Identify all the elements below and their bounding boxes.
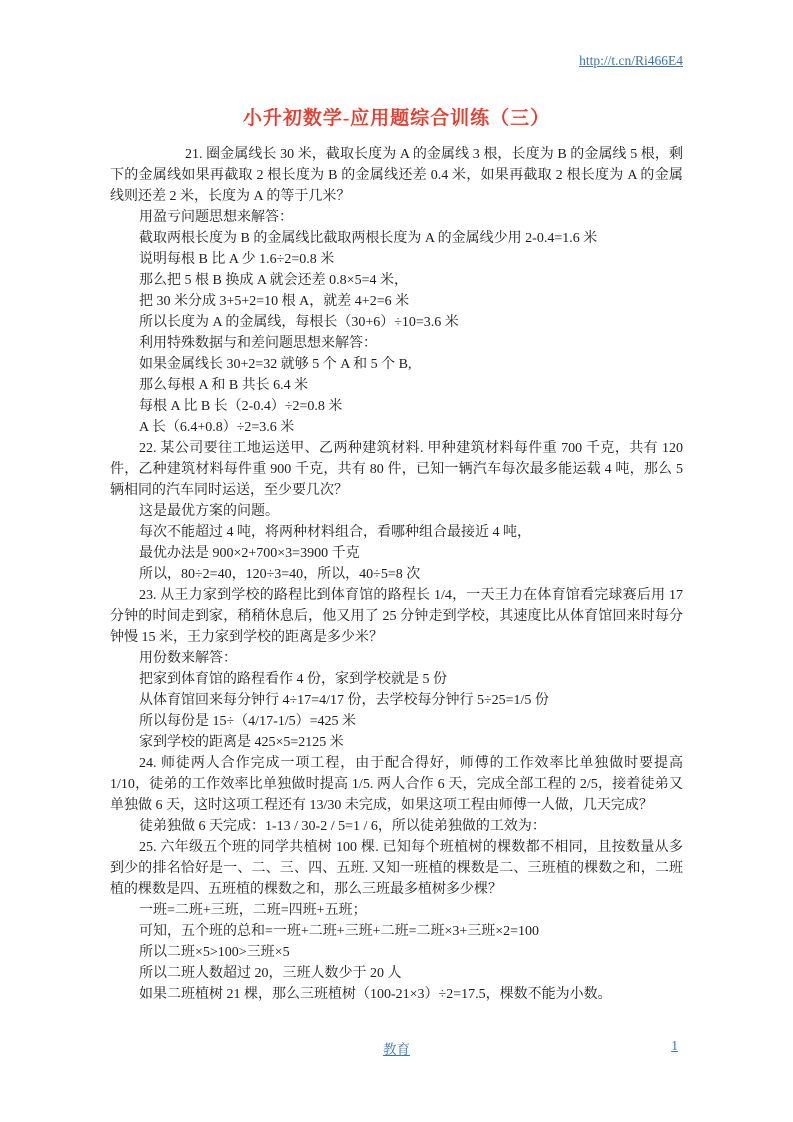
problem-22: 22. 某公司要往工地运送甲、乙两种建筑材料. 甲种建筑材料每件重 700 千克… (110, 438, 683, 585)
problem-21-question: 21. 圈金属线长 30 米，截取长度为 A 的金属线 3 根，长度为 B 的金… (110, 144, 683, 207)
solution-line: 徒弟独做 6 天完成：1-13 / 30-2 / 5=1 / 6，所以徒弟独做的… (110, 816, 683, 837)
solution-line: 如果二班植树 21 棵，那么三班植树（100-21×3）÷2=17.5，棵数不能… (110, 984, 683, 1005)
solution-line: 截取两根长度为 B 的金属线比截取两根长度为 A 的金属线少用 2-0.4=1.… (110, 228, 683, 249)
solution-line: 最优办法是 900×2+700×3=3900 千克 (110, 543, 683, 564)
solution-line: 把 30 米分成 3+5+2=10 根 A，就差 4+2=6 米 (110, 291, 683, 312)
solution-line: 这是最优方案的问题。 (110, 501, 683, 522)
document-title: 小升初数学-应用题综合训练（三） (110, 103, 683, 130)
problem-21: 21. 圈金属线长 30 米，截取长度为 A 的金属线 3 根，长度为 B 的金… (110, 144, 683, 438)
header-url-link[interactable]: http://t.cn/Ri466E4 (579, 53, 683, 68)
solution-line: 每次不能超过 4 吨，将两种材料组合，看哪种组合最接近 4 吨， (110, 522, 683, 543)
solution-line: 所以二班×5>100>三班×5 (110, 942, 683, 963)
footer-page-number-link[interactable]: 1 (671, 1038, 678, 1053)
problem-25-question: 25. 六年级五个班的同学共植树 100 棵. 已知每个班植树的棵数都不相同，且… (110, 837, 683, 900)
problem-25: 25. 六年级五个班的同学共植树 100 棵. 已知每个班植树的棵数都不相同，且… (110, 837, 683, 1005)
solution-line: 所以长度为 A 的金属线，每根长（30+6）÷10=3.6 米 (110, 312, 683, 333)
header: http://t.cn/Ri466E4 (110, 0, 683, 70)
solution-line: 从体育馆回来每分钟行 4÷17=4/17 份，去学校每分钟行 5÷25=1/5 … (110, 690, 683, 711)
solution-line: 利用特殊数据与和差问题思想来解答： (110, 333, 683, 354)
solution-line: 用份数来解答： (110, 648, 683, 669)
solution-line: 那么每根 A 和 B 共长 6.4 米 (110, 375, 683, 396)
solution-line: 用盈亏问题思想来解答： (110, 207, 683, 228)
solution-line: 所以每份是 15÷（4/17-1/5）=425 米 (110, 711, 683, 732)
problem-24-question: 24. 师徒两人合作完成一项工程，由于配合得好，师傅的工作效率比单独做时要提高 … (110, 753, 683, 816)
problem-24: 24. 师徒两人合作完成一项工程，由于配合得好，师傅的工作效率比单独做时要提高 … (110, 753, 683, 837)
solution-line: 可知，五个班的总和=一班+二班+三班+二班=二班×3+三班×2=100 (110, 921, 683, 942)
footer-center: 教育 (110, 1038, 683, 1058)
problem-22-question: 22. 某公司要往工地运送甲、乙两种建筑材料. 甲种建筑材料每件重 700 千克… (110, 438, 683, 501)
footer-education-link[interactable]: 教育 (383, 1042, 410, 1057)
solution-line: 把家到体育馆的路程看作 4 份，家到学校就是 5 份 (110, 669, 683, 690)
footer-right: 1 (671, 1038, 678, 1054)
solution-line: 如果金属线长 30+2=32 就够 5 个 A 和 5 个 B, (110, 354, 683, 375)
problem-23: 23. 从王力家到学校的路程比到体育馆的路程长 1/4，一天王力在体育馆看完球赛… (110, 585, 683, 753)
solution-line: 每根 A 比 B 长（2-0.4）÷2=0.8 米 (110, 396, 683, 417)
document-page: http://t.cn/Ri466E4 小升初数学-应用题综合训练（三） 21.… (0, 0, 793, 1122)
solution-line: 那么把 5 根 B 换成 A 就会还差 0.8×5=4 米， (110, 270, 683, 291)
solution-line: 一班=二班+三班，二班=四班+五班； (110, 900, 683, 921)
problem-23-question: 23. 从王力家到学校的路程比到体育馆的路程长 1/4，一天王力在体育馆看完球赛… (110, 585, 683, 648)
solution-line: 所以二班人数超过 20，三班人数少于 20 人 (110, 963, 683, 984)
solution-line: A 长（6.4+0.8）÷2=3.6 米 (110, 417, 683, 438)
footer: 教育 1 (110, 1038, 683, 1058)
solution-line: 所以，80÷2=40，120÷3=40，所以，40÷5=8 次 (110, 564, 683, 585)
solution-line: 家到学校的距离是 425×5=2125 米 (110, 732, 683, 753)
solution-line: 说明每根 B 比 A 少 1.6÷2=0.8 米 (110, 249, 683, 270)
